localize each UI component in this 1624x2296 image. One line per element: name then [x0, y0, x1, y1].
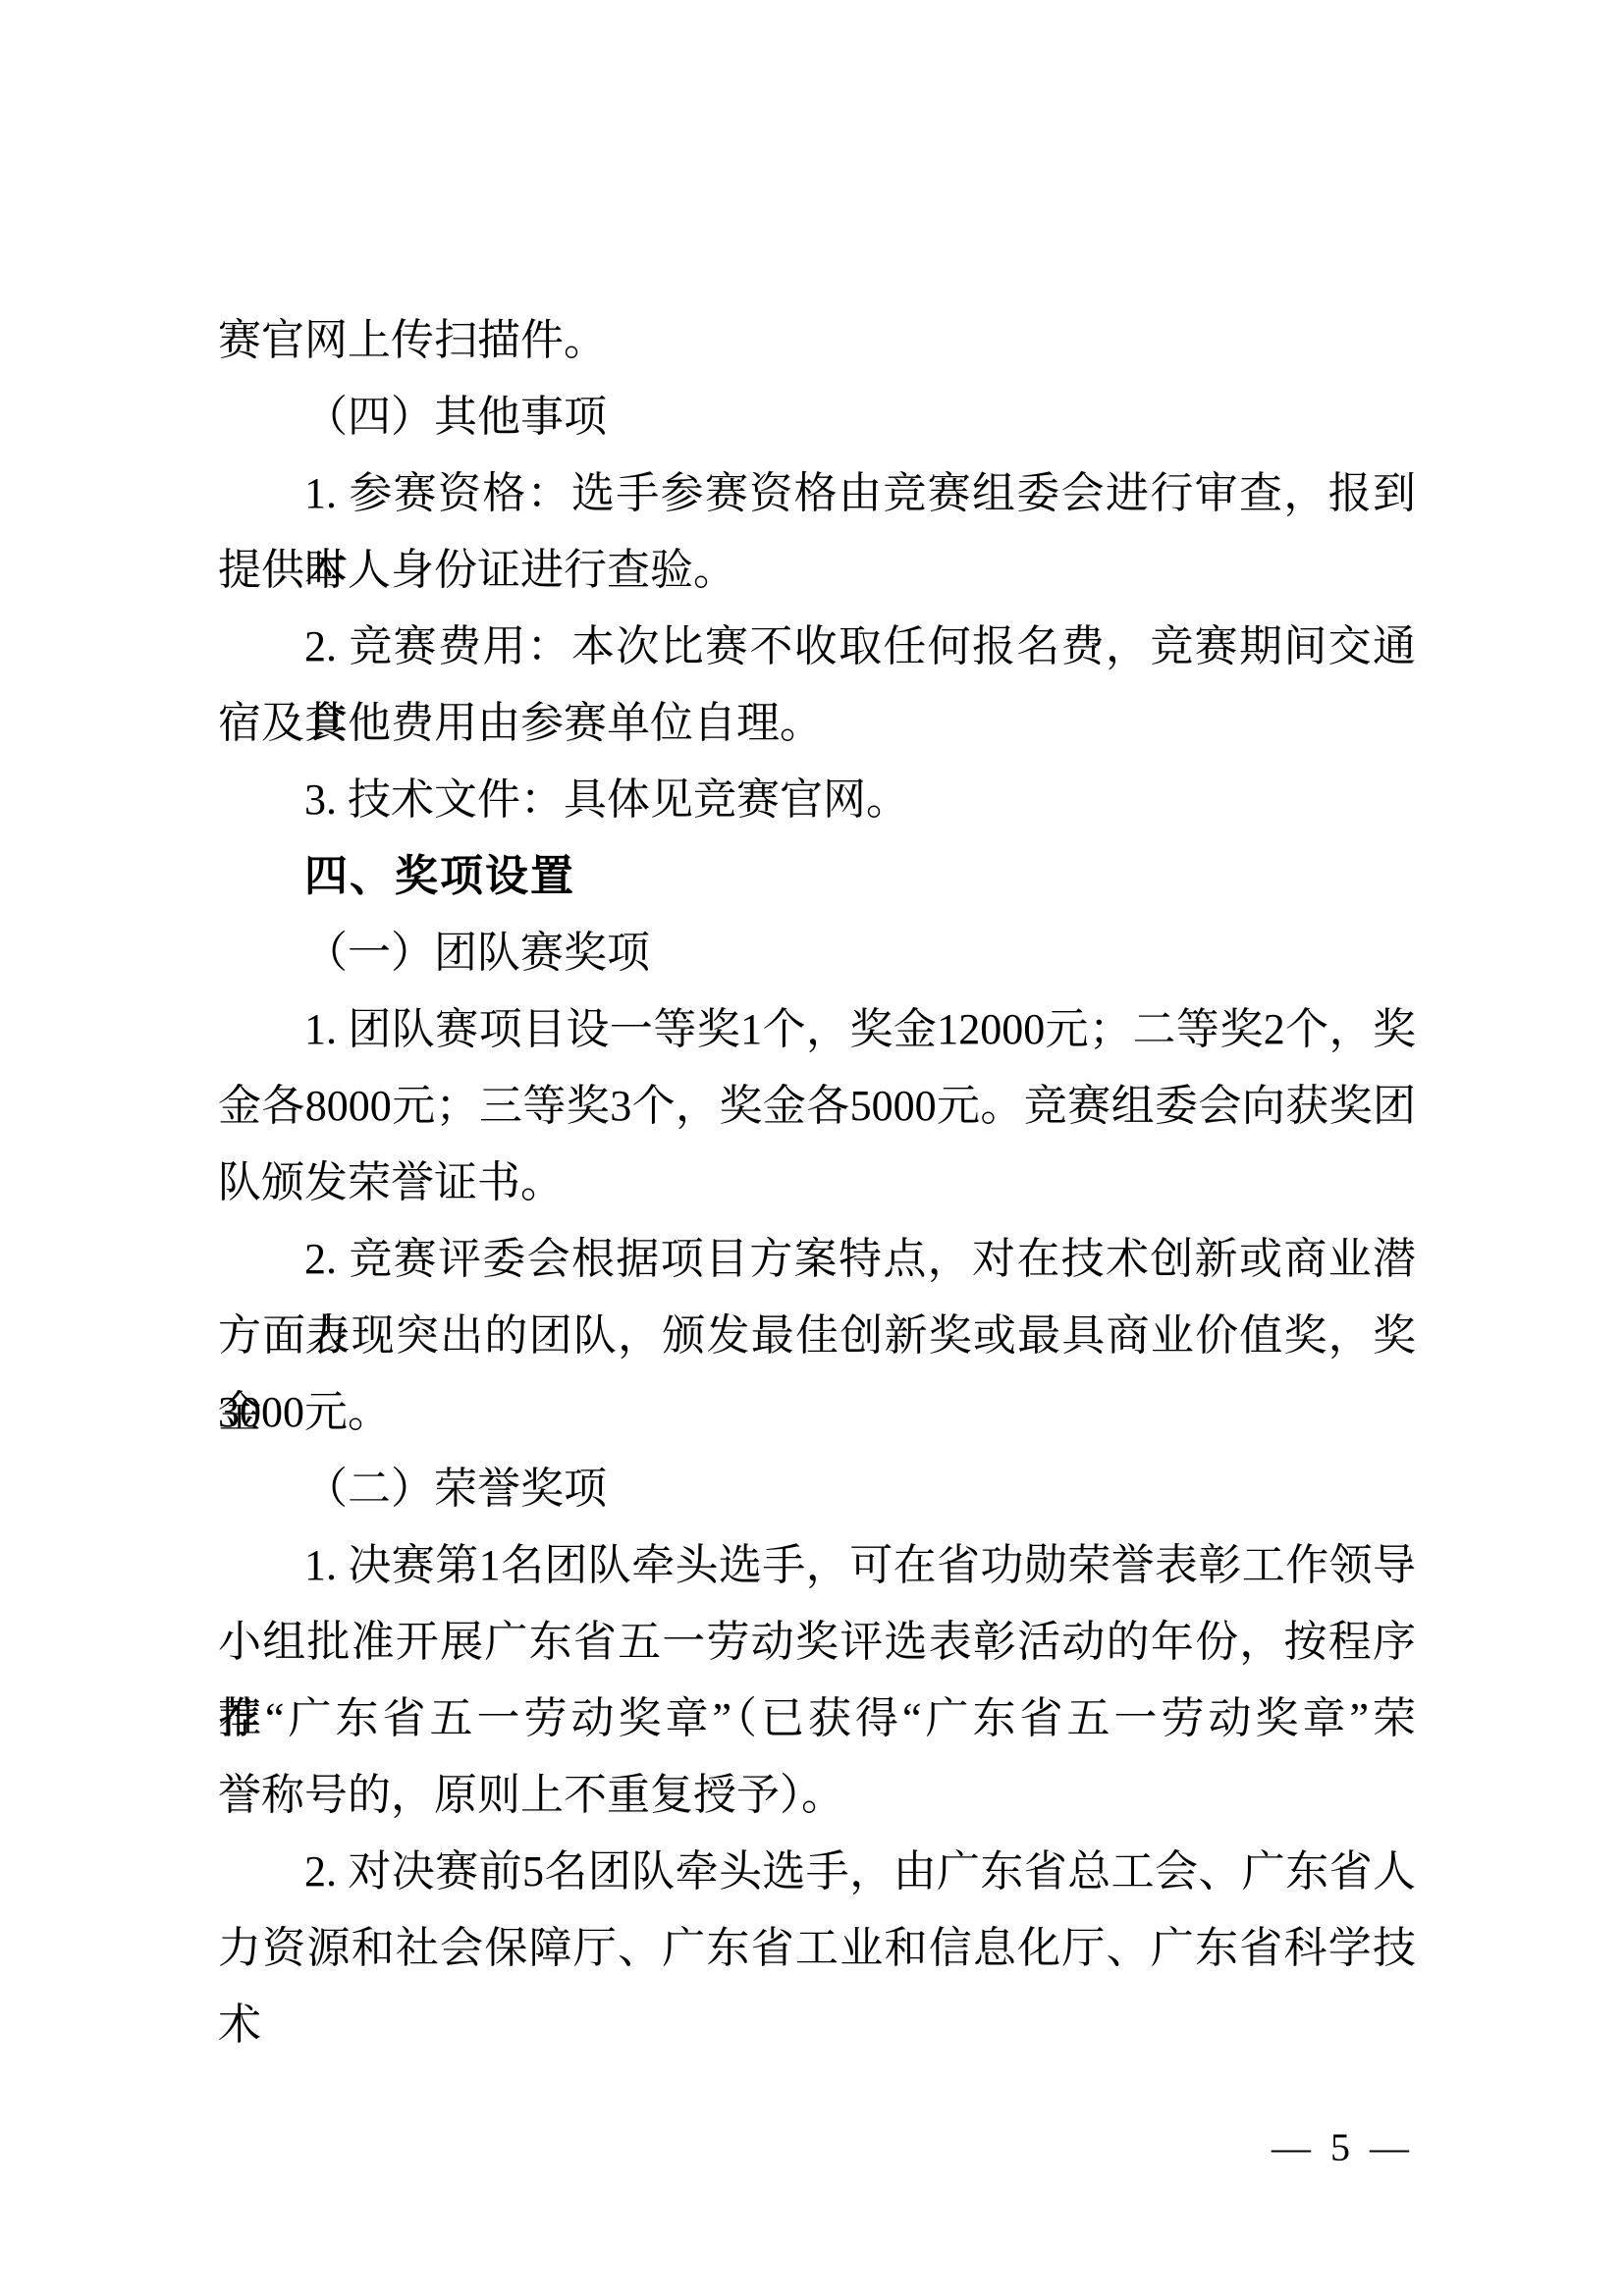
text-block: 赛官网上传扫描件。 （四）其他事项 1. 参赛资格：选手参赛资格由竞赛组委会进行…: [218, 302, 1416, 1987]
body-line: 2. 竞赛费用：本次比赛不收取任何报名费，竞赛期间交通食: [218, 609, 1416, 685]
body-line: 誉称号的，原则上不重复授予）。: [218, 1757, 1416, 1834]
body-line: 金各8000元；三等奖3个，奖金各5000元。竞赛组委会向获奖团: [218, 1068, 1416, 1145]
page-number: — 5 —: [1257, 2122, 1424, 2173]
subsection-heading-team-awards: （一）团队赛奖项: [218, 915, 1416, 991]
body-line: 2. 竞赛评委会根据项目方案特点，对在技术创新或商业潜力: [218, 1221, 1416, 1298]
body-line: 宿及其他费用由参赛单位自理。: [218, 685, 1416, 762]
body-line: 1. 团队赛项目设一等奖1个，奖金12000元；二等奖2个，奖: [218, 991, 1416, 1068]
subsection-heading-other-matters: （四）其他事项: [218, 379, 1416, 455]
body-line: 力资源和社会保障厅、广东省工业和信息化厅、广东省科学技术: [218, 1910, 1416, 1987]
section-heading-awards: 四、奖项设置: [218, 838, 1416, 915]
body-line: 提供本人身份证进行查验。: [218, 532, 1416, 609]
subsection-heading-honor-awards: （二）荣誉奖项: [218, 1451, 1416, 1527]
body-line: 1. 决赛第1名团队牵头选手，可在省功勋荣誉表彰工作领导: [218, 1527, 1416, 1604]
body-line: 队颁发荣誉证书。: [218, 1145, 1416, 1221]
body-line: 荐“广东省五一劳动奖章”（已获得“广东省五一劳动奖章”荣: [218, 1681, 1416, 1757]
body-line: 3000元。: [218, 1374, 1416, 1451]
body-line: 方面表现突出的团队，颁发最佳创新奖或最具商业价值奖，奖金: [218, 1298, 1416, 1374]
body-line: 2. 对决赛前5名团队牵头选手，由广东省总工会、广东省人: [218, 1834, 1416, 1910]
body-line: 小组批准开展广东省五一劳动奖评选表彰活动的年份，按程序推: [218, 1604, 1416, 1681]
body-line: 3. 技术文件：具体见竞赛官网。: [218, 762, 1416, 838]
body-line: 1. 参赛资格：选手参赛资格由竞赛组委会进行审查，报到时: [218, 455, 1416, 532]
document-page: 赛官网上传扫描件。 （四）其他事项 1. 参赛资格：选手参赛资格由竞赛组委会进行…: [0, 0, 1624, 2296]
body-line: 赛官网上传扫描件。: [218, 302, 1416, 379]
